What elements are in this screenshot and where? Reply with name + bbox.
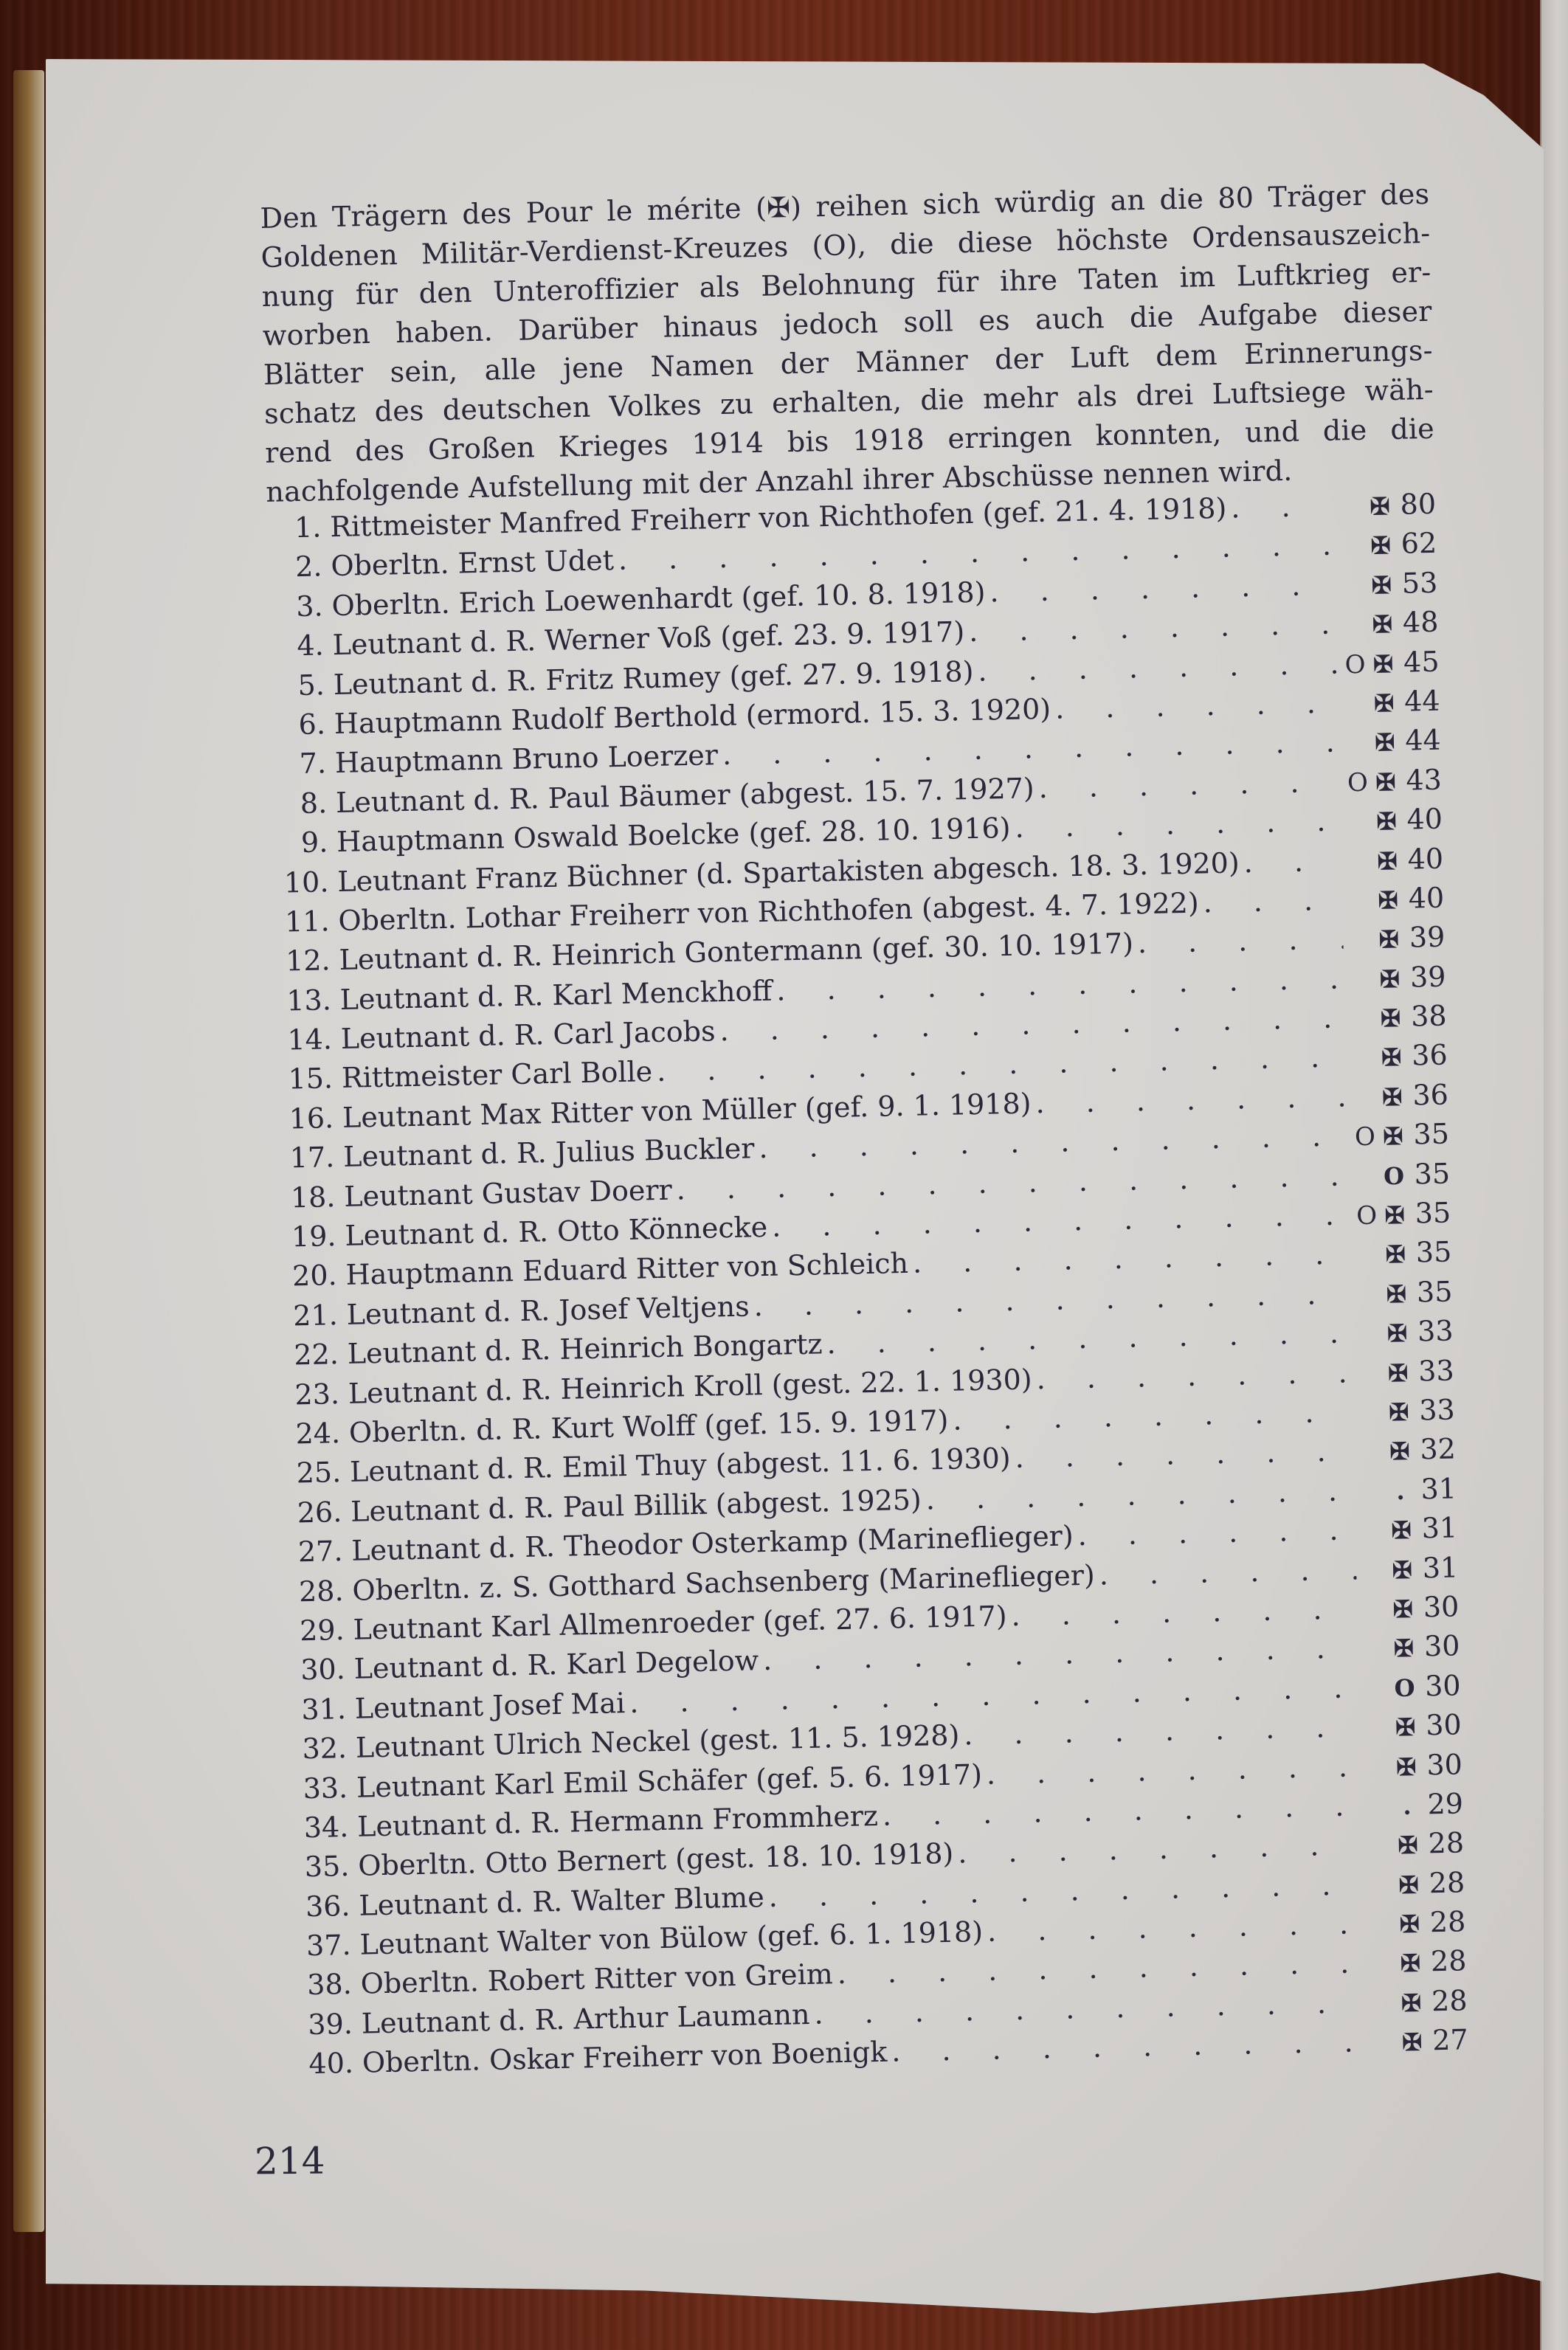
golden-military-merit-cross-icon — [1353, 1184, 1379, 1185]
dot-leader — [1036, 1356, 1353, 1395]
pour-le-merite-cross-icon: ✠ — [1366, 531, 1396, 560]
entry-name: Hauptmann Bruno Loerzer — [335, 739, 719, 780]
pour-le-merite-cross-icon: ✠ — [1397, 2028, 1427, 2057]
golden-military-merit-cross-icon — [1357, 1381, 1384, 1382]
dot-leader — [987, 1907, 1364, 1948]
entry-victories: 30 — [1419, 1669, 1461, 1702]
dot-leader — [1011, 1592, 1358, 1632]
dot-leader — [1203, 883, 1342, 919]
entry-rank: 38. — [297, 1968, 361, 2002]
pour-le-merite-cross-icon: ✠ — [1384, 1437, 1415, 1466]
golden-military-merit-cross-icon — [1347, 909, 1373, 910]
entry-rank: 3. — [268, 590, 332, 623]
entry-victories: 44 — [1399, 724, 1441, 757]
golden-military-merit-cross-icon — [1364, 1696, 1390, 1697]
entry-rank: 9. — [273, 826, 337, 860]
pour-le-merite-cross-icon: ✠ — [1374, 925, 1404, 954]
golden-military-merit-cross-icon — [1367, 1854, 1393, 1855]
entry-victories: 80 — [1395, 488, 1437, 521]
golden-military-merit-cross-icon — [1350, 1066, 1377, 1067]
entry-victories: 30 — [1417, 1590, 1460, 1623]
golden-military-merit-cross-icon — [1371, 2050, 1398, 2051]
dot-leader — [986, 1750, 1361, 1791]
dot-leader — [1231, 490, 1335, 525]
golden-military-merit-cross-icon — [1358, 1420, 1384, 1421]
pour-le-merite-cross-icon: ✠ — [1384, 1398, 1414, 1427]
entry-victories: 48 — [1397, 606, 1439, 639]
pour-le-merite-cross-icon: ✠ — [1365, 492, 1395, 521]
golden-military-merit-cross-icon — [1345, 830, 1372, 831]
entry-victories: 38 — [1405, 1000, 1447, 1033]
golden-military-merit-cross-icon — [1367, 1893, 1394, 1894]
entry-victories: 33 — [1412, 1354, 1454, 1387]
golden-military-merit-cross-icon — [1350, 1027, 1376, 1028]
pour-le-merite-cross-icon: ✠ — [1376, 1043, 1406, 1072]
dot-leader — [1015, 805, 1341, 844]
dot-leader — [1077, 1513, 1355, 1552]
entry-rank: 33. — [293, 1771, 357, 1805]
pour-le-merite-cross-icon: ✠ — [1367, 571, 1397, 600]
entry-victories: 28 — [1423, 1866, 1465, 1899]
entry-victories: 35 — [1410, 1236, 1452, 1269]
entry-victories: 28 — [1423, 1827, 1465, 1860]
entry-victories: 53 — [1396, 566, 1438, 599]
entry-rank: 19. — [281, 1220, 345, 1254]
entry-victories: 27 — [1426, 2023, 1468, 2056]
golden-military-merit-cross-icon — [1341, 633, 1368, 634]
golden-military-merit-cross-icon: O — [1352, 1122, 1379, 1152]
entry-rank: 6. — [270, 708, 334, 742]
pour-le-merite-cross-icon: ✠ — [1396, 1988, 1426, 2017]
entry-victories: 43 — [1400, 763, 1442, 796]
entry-rank: 21. — [283, 1299, 347, 1333]
entry-name: Leutnant Gustav Doerr — [344, 1173, 672, 1212]
golden-military-merit-cross-icon — [1359, 1499, 1386, 1500]
entry-victories: 33 — [1412, 1315, 1454, 1348]
pour-le-merite-cross-icon: ✠ — [1370, 728, 1400, 757]
entry-rank: 39. — [297, 2008, 362, 2042]
entry-victories: 31 — [1417, 1551, 1459, 1584]
entry-rank: 24. — [286, 1417, 350, 1451]
entry-rank: 27. — [288, 1535, 352, 1569]
pour-le-merite-cross-icon: ✠ — [1378, 1122, 1409, 1151]
entry-victories: 35 — [1409, 1157, 1451, 1190]
pour-le-merite-cross-icon: . — [1386, 1476, 1416, 1505]
golden-military-merit-cross-icon — [1341, 593, 1367, 594]
entry-rank: 2. — [267, 550, 331, 584]
pour-le-merite-cross-icon: ✠ — [1380, 1201, 1410, 1230]
golden-military-merit-cross-icon — [1356, 1342, 1383, 1343]
page-content: Den Trägern des Pour le mérite (✠) reihe… — [260, 175, 1468, 2087]
entry-rank: 20. — [282, 1259, 346, 1293]
entry-name: Rittmeister Carl Bolle — [342, 1056, 653, 1095]
pour-le-merite-cross-icon: ✠ — [1368, 649, 1398, 678]
pour-le-merite-cross-icon: O — [1389, 1673, 1420, 1702]
golden-military-merit-cross-icon — [1351, 1105, 1378, 1106]
pour-le-merite-cross-icon: ✠ — [1372, 807, 1402, 836]
entry-rank: 30. — [290, 1653, 354, 1687]
entry-victories: 31 — [1416, 1512, 1458, 1545]
pour-le-merite-cross-icon: ✠ — [1370, 768, 1401, 797]
entry-victories: 28 — [1426, 1984, 1468, 2017]
pour-le-merite-cross-icon: O — [1379, 1161, 1409, 1190]
entry-rank: 11. — [274, 905, 339, 939]
pour-le-merite-cross-icon: ✠ — [1377, 1083, 1407, 1112]
entry-victories: 31 — [1415, 1472, 1457, 1505]
entry-rank: 1. — [266, 511, 331, 545]
page-number: 214 — [255, 2140, 325, 2183]
golden-military-merit-cross-icon — [1348, 948, 1375, 949]
golden-military-merit-cross-icon — [1363, 1657, 1389, 1658]
facing-page-edge — [1540, 0, 1568, 2350]
entry-victories: 32 — [1414, 1433, 1456, 1466]
golden-military-merit-cross-icon: O — [1341, 649, 1369, 680]
pour-le-merite-cross-icon: ✠ — [1388, 1594, 1418, 1623]
golden-military-merit-cross-icon — [1339, 554, 1366, 555]
entry-victories: 39 — [1404, 960, 1446, 993]
entry-rank: 35. — [294, 1850, 359, 1884]
dot-leader — [1243, 844, 1341, 879]
golden-military-merit-cross-icon — [1355, 1263, 1381, 1264]
golden-military-merit-cross-icon — [1360, 1539, 1386, 1540]
entry-name: Oberltn. Ernst Udet — [331, 544, 614, 582]
entry-rank: 26. — [287, 1496, 351, 1530]
dot-leader — [978, 647, 1338, 687]
golden-military-merit-cross-icon — [1358, 1460, 1385, 1461]
dot-leader — [1137, 923, 1343, 960]
golden-military-merit-cross-icon — [1369, 1932, 1395, 1933]
pour-le-merite-cross-icon: ✠ — [1381, 1279, 1412, 1308]
entry-victories: 36 — [1406, 1078, 1448, 1111]
entry-name: Leutnant Josef Mai — [354, 1687, 625, 1725]
golden-military-merit-cross-icon — [1346, 869, 1372, 870]
dot-leader — [1035, 1080, 1347, 1119]
entry-victories: 39 — [1403, 921, 1446, 954]
entry-rank: 36. — [295, 1889, 359, 1923]
entry-rank: 7. — [272, 747, 336, 781]
golden-military-merit-cross-icon — [1361, 1578, 1387, 1579]
entry-victories: 62 — [1395, 527, 1437, 560]
golden-military-merit-cross-icon — [1343, 712, 1370, 713]
dot-leader — [969, 608, 1337, 648]
pour-le-merite-cross-icon: ✠ — [1373, 886, 1403, 915]
entry-victories: 40 — [1402, 842, 1444, 875]
entry-victories: 30 — [1420, 1708, 1462, 1741]
entry-victories: 35 — [1411, 1275, 1453, 1308]
pour-le-merite-cross-icon: ✠ — [1391, 1752, 1421, 1781]
golden-military-merit-cross-icon — [1364, 1735, 1391, 1736]
pour-le-merite-cross-icon: ✠ — [1383, 1358, 1413, 1387]
golden-military-merit-cross-icon — [1362, 1617, 1389, 1618]
pour-le-merite-cross-icon: ✠ — [1367, 610, 1398, 639]
golden-military-merit-cross-icon — [1370, 2011, 1397, 2012]
pour-le-merite-cross-icon: ✠ — [1390, 1713, 1420, 1742]
pour-le-merite-cross-icon: ✠ — [1375, 964, 1405, 993]
entry-rank: 32. — [292, 1732, 356, 1766]
entry-rank: 25. — [286, 1456, 350, 1490]
golden-military-merit-cross-icon — [1366, 1814, 1392, 1815]
entry-victories: 28 — [1424, 1905, 1466, 1938]
golden-military-merit-cross-icon: O — [1353, 1201, 1381, 1231]
entry-rank: 12. — [275, 944, 339, 978]
entry-rank: 13. — [276, 984, 340, 1017]
entry-rank: 15. — [278, 1062, 342, 1096]
entry-victories: 40 — [1403, 882, 1445, 915]
entry-victories: 29 — [1421, 1787, 1463, 1820]
pour-le-merite-cross-icon: ✠ — [1387, 1555, 1417, 1584]
pour-le-merite-cross-icon: ✠ — [1382, 1319, 1412, 1348]
entry-rank: 22. — [283, 1338, 348, 1372]
golden-military-merit-cross-icon — [1344, 751, 1370, 752]
pour-le-merite-cross-icon: ✠ — [1375, 1004, 1406, 1033]
pour-le-merite-cross-icon: ✠ — [1395, 1949, 1426, 1978]
entry-rank: 16. — [279, 1102, 343, 1136]
entry-rank: 23. — [284, 1377, 348, 1411]
entry-rank: 37. — [296, 1929, 360, 1963]
pour-le-merite-cross-icon: ✠ — [1395, 1910, 1425, 1939]
dot-leader — [1099, 1553, 1356, 1591]
entry-rank: 4. — [269, 629, 333, 663]
golden-military-merit-cross-icon — [1370, 1972, 1396, 1973]
entry-rank: 31. — [291, 1692, 355, 1726]
entry-victories: 44 — [1398, 685, 1440, 718]
pour-le-merite-cross-icon: ✠ — [1372, 846, 1403, 875]
entry-victories: 33 — [1413, 1393, 1455, 1426]
entry-victories: 28 — [1425, 1945, 1467, 1978]
entry-rank: 18. — [280, 1181, 345, 1214]
entry-victories: 30 — [1418, 1630, 1460, 1663]
entry-victories: 45 — [1398, 645, 1440, 678]
dot-leader — [1038, 765, 1340, 804]
pour-le-merite-cross-icon: ✠ — [1394, 1870, 1424, 1899]
golden-military-merit-cross-icon — [1349, 987, 1375, 988]
pour-le-merite-cross-icon: ✠ — [1393, 1831, 1423, 1860]
flying-aces-list: 1. Rittmeister Manfred Freiherr von Rich… — [266, 488, 1468, 2087]
entry-rank: 28. — [289, 1574, 353, 1608]
entry-victories: 40 — [1401, 803, 1443, 836]
entry-victories: 36 — [1406, 1039, 1448, 1072]
dot-leader — [990, 568, 1336, 608]
golden-military-merit-cross-icon — [1355, 1302, 1382, 1303]
entry-rank: 34. — [294, 1811, 358, 1845]
entry-rank: 14. — [277, 1023, 341, 1057]
pour-le-merite-cross-icon: ✠ — [1369, 689, 1399, 718]
entry-victories: 35 — [1409, 1197, 1451, 1230]
intro-paragraph: Den Trägern des Pour le mérite (✠) reihe… — [260, 175, 1436, 512]
golden-military-merit-cross-icon — [1365, 1775, 1392, 1776]
entry-name: Leutnant d. R. Carl Jacobs — [340, 1015, 715, 1055]
pour-le-merite-cross-icon: ✠ — [1386, 1516, 1417, 1545]
pour-le-merite-cross-icon: . — [1392, 1791, 1423, 1820]
golden-military-merit-cross-icon — [1339, 515, 1365, 516]
entry-rank: 10. — [274, 865, 338, 899]
entry-rank: 29. — [289, 1614, 353, 1648]
entry-victories: 30 — [1420, 1748, 1462, 1781]
golden-military-merit-cross-icon: O — [1344, 767, 1371, 798]
dot-leader — [1015, 1435, 1354, 1475]
entry-rank: 17. — [280, 1141, 344, 1175]
dot-leader — [1055, 686, 1339, 725]
entry-rank: 8. — [272, 787, 336, 820]
pour-le-merite-cross-icon: ✠ — [1389, 1634, 1419, 1663]
entry-rank: 5. — [269, 668, 334, 702]
book-page-edges — [13, 70, 44, 2232]
entry-victories: 35 — [1407, 1118, 1449, 1151]
pour-le-merite-cross-icon: ✠ — [1381, 1240, 1411, 1269]
entry-rank: 40. — [298, 2047, 362, 2081]
